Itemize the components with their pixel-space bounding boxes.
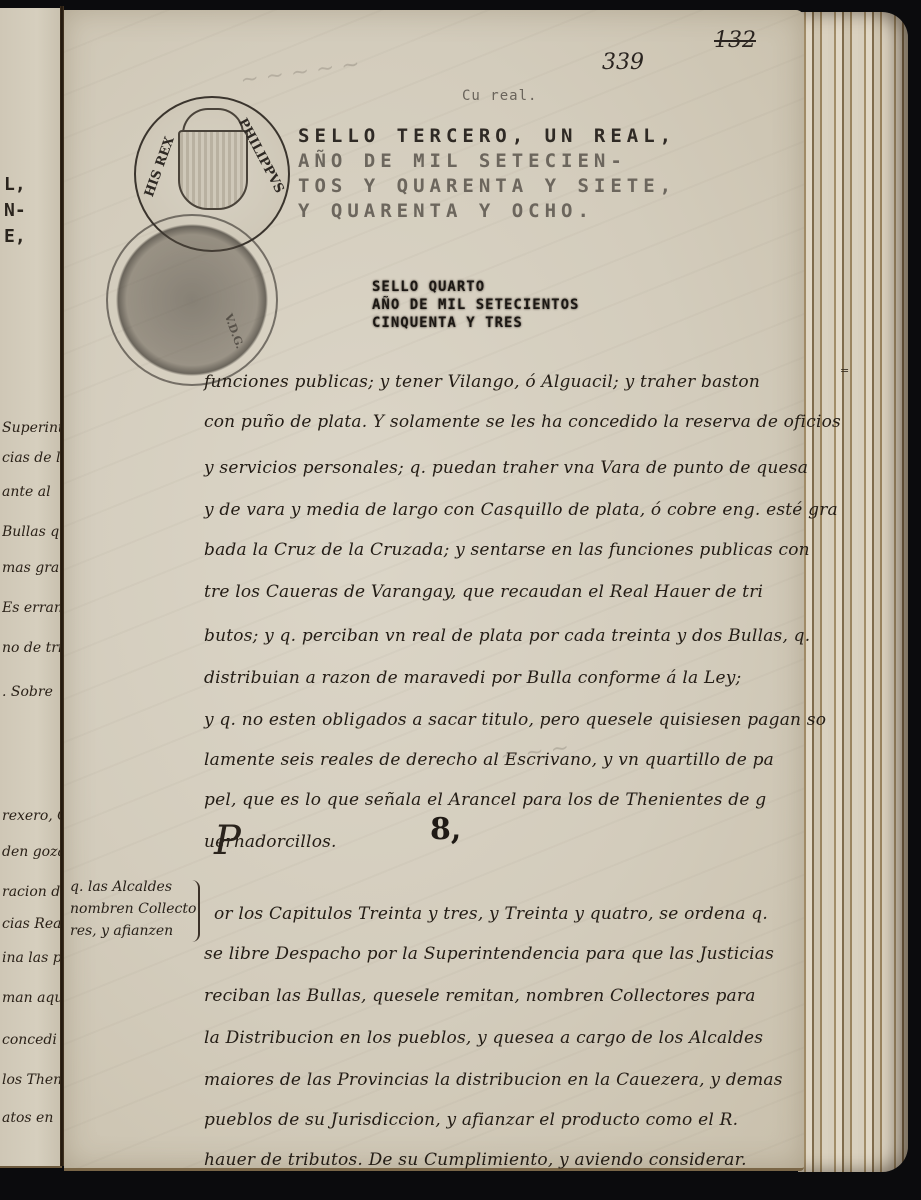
left-page-fragment: L, N- E, Superinten cias de la ante al B…	[0, 8, 62, 1168]
section-line: la Distribucion en los pueblos, y quesea…	[204, 1028, 763, 1048]
stamp-overprint: SELLO QUARTO AÑO DE MIL SETECIENTOS CINQ…	[372, 278, 579, 332]
margin-note: q. las Alcaldes nombren Collecto res, y …	[70, 876, 196, 942]
overprint-line: SELLO QUARTO	[372, 278, 579, 296]
margin-note-line: nombren Collecto	[70, 898, 196, 920]
stamp-fragment: N-	[4, 200, 26, 221]
left-text-line: Superinten	[2, 420, 60, 436]
body-line: y servicios personales; q. puedan traher…	[204, 458, 808, 478]
left-text-line: concedi	[2, 1032, 60, 1048]
left-text-line: ante al	[2, 484, 60, 500]
margin-note-line: q. las Alcaldes	[70, 876, 196, 898]
stamp-line: TOS Y QUARENTA Y SIETE,	[298, 174, 676, 199]
left-text-line: mas gra	[2, 560, 60, 576]
body-line: lamente seis reales de derecho al Escriv…	[204, 750, 774, 770]
section-line: hauer de tributos. De su Cumplimiento, y…	[204, 1150, 747, 1170]
left-text-line: den gozan	[2, 844, 60, 860]
seal-legend: HIS REX	[142, 135, 178, 199]
stamp-line: AÑO DE MIL SETECIEN-	[298, 149, 676, 174]
left-text-line: racion de	[2, 884, 60, 900]
book-fore-edge: =	[798, 12, 908, 1172]
embossed-seal: V.D.G.	[106, 214, 278, 386]
section-line: maiores de las Provincias la distribucio…	[204, 1070, 783, 1090]
body-line: y q. no esten obligados a sacar titulo, …	[204, 710, 826, 730]
coat-of-arms-icon	[178, 130, 248, 210]
body-line: funciones publicas; y tener Vilango, ó A…	[204, 372, 760, 392]
overprint-line: CINQUENTA Y TRES	[372, 314, 579, 332]
stamp-fragment: E,	[4, 226, 26, 247]
edge-mark: =	[840, 364, 849, 377]
stamp-line: Y QUARENTA Y OCHO.	[298, 199, 676, 224]
left-text-line: cias Reales	[2, 916, 60, 932]
overprint-line: AÑO DE MIL SETECIENTOS	[372, 296, 579, 314]
left-text-line: . Sobre	[2, 684, 60, 700]
section-line: reciban las Bullas, quesele remitan, nom…	[204, 986, 756, 1006]
left-text-line: atos en	[2, 1110, 60, 1126]
section-line: pueblos de su Jurisdiccion, y afianzar e…	[204, 1110, 738, 1130]
margin-note-line: res, y afianzen	[70, 920, 196, 942]
stamp-line: SELLO TERCERO, UN REAL,	[298, 124, 676, 149]
running-head: Cu real.	[462, 88, 537, 104]
body-line: distribuian a razon de maravedi por Bull…	[204, 668, 741, 688]
left-text-line: no de tri	[2, 640, 60, 656]
seal-legend: V.D.G.	[222, 312, 247, 351]
brace-icon	[190, 880, 200, 942]
left-text-line: rexero, Col	[2, 808, 60, 824]
section-number: 8,	[430, 812, 461, 847]
old-folio-number: 132	[714, 28, 756, 53]
body-line: y de vara y media de largo con Casquillo…	[204, 500, 838, 520]
stamped-paper-header: SELLO TERCERO, UN REAL, AÑO DE MIL SETEC…	[298, 124, 676, 224]
decorated-initial: P	[214, 818, 241, 864]
stamp-fragment: L,	[4, 174, 26, 195]
section-line: se libre Despacho por la Superintendenci…	[204, 944, 774, 964]
left-text-line: ina las pue	[2, 950, 60, 966]
left-text-line: cias de la	[2, 450, 60, 466]
body-line: bada la Cruz de la Cruzada; y sentarse e…	[204, 540, 810, 560]
body-line: pel, que es lo que señala el Arancel par…	[204, 790, 766, 810]
folio-number: 339	[602, 50, 644, 75]
left-text-line: Es erran	[2, 600, 60, 616]
left-text-line: man aqu	[2, 990, 60, 1006]
document-viewer: L, N- E, Superinten cias de la ante al B…	[0, 0, 921, 1200]
left-text-line: Bullas que	[2, 524, 60, 540]
body-line: con puño de plata. Y solamente se les ha…	[204, 412, 841, 432]
body-line: butos; y q. perciban vn real de plata po…	[204, 626, 810, 646]
left-text-line: los Then.	[2, 1072, 60, 1088]
body-line: tre los Caueras de Varangay, que recauda…	[204, 582, 763, 602]
section-line: or los Capitulos Treinta y tres, y Trein…	[214, 904, 768, 924]
